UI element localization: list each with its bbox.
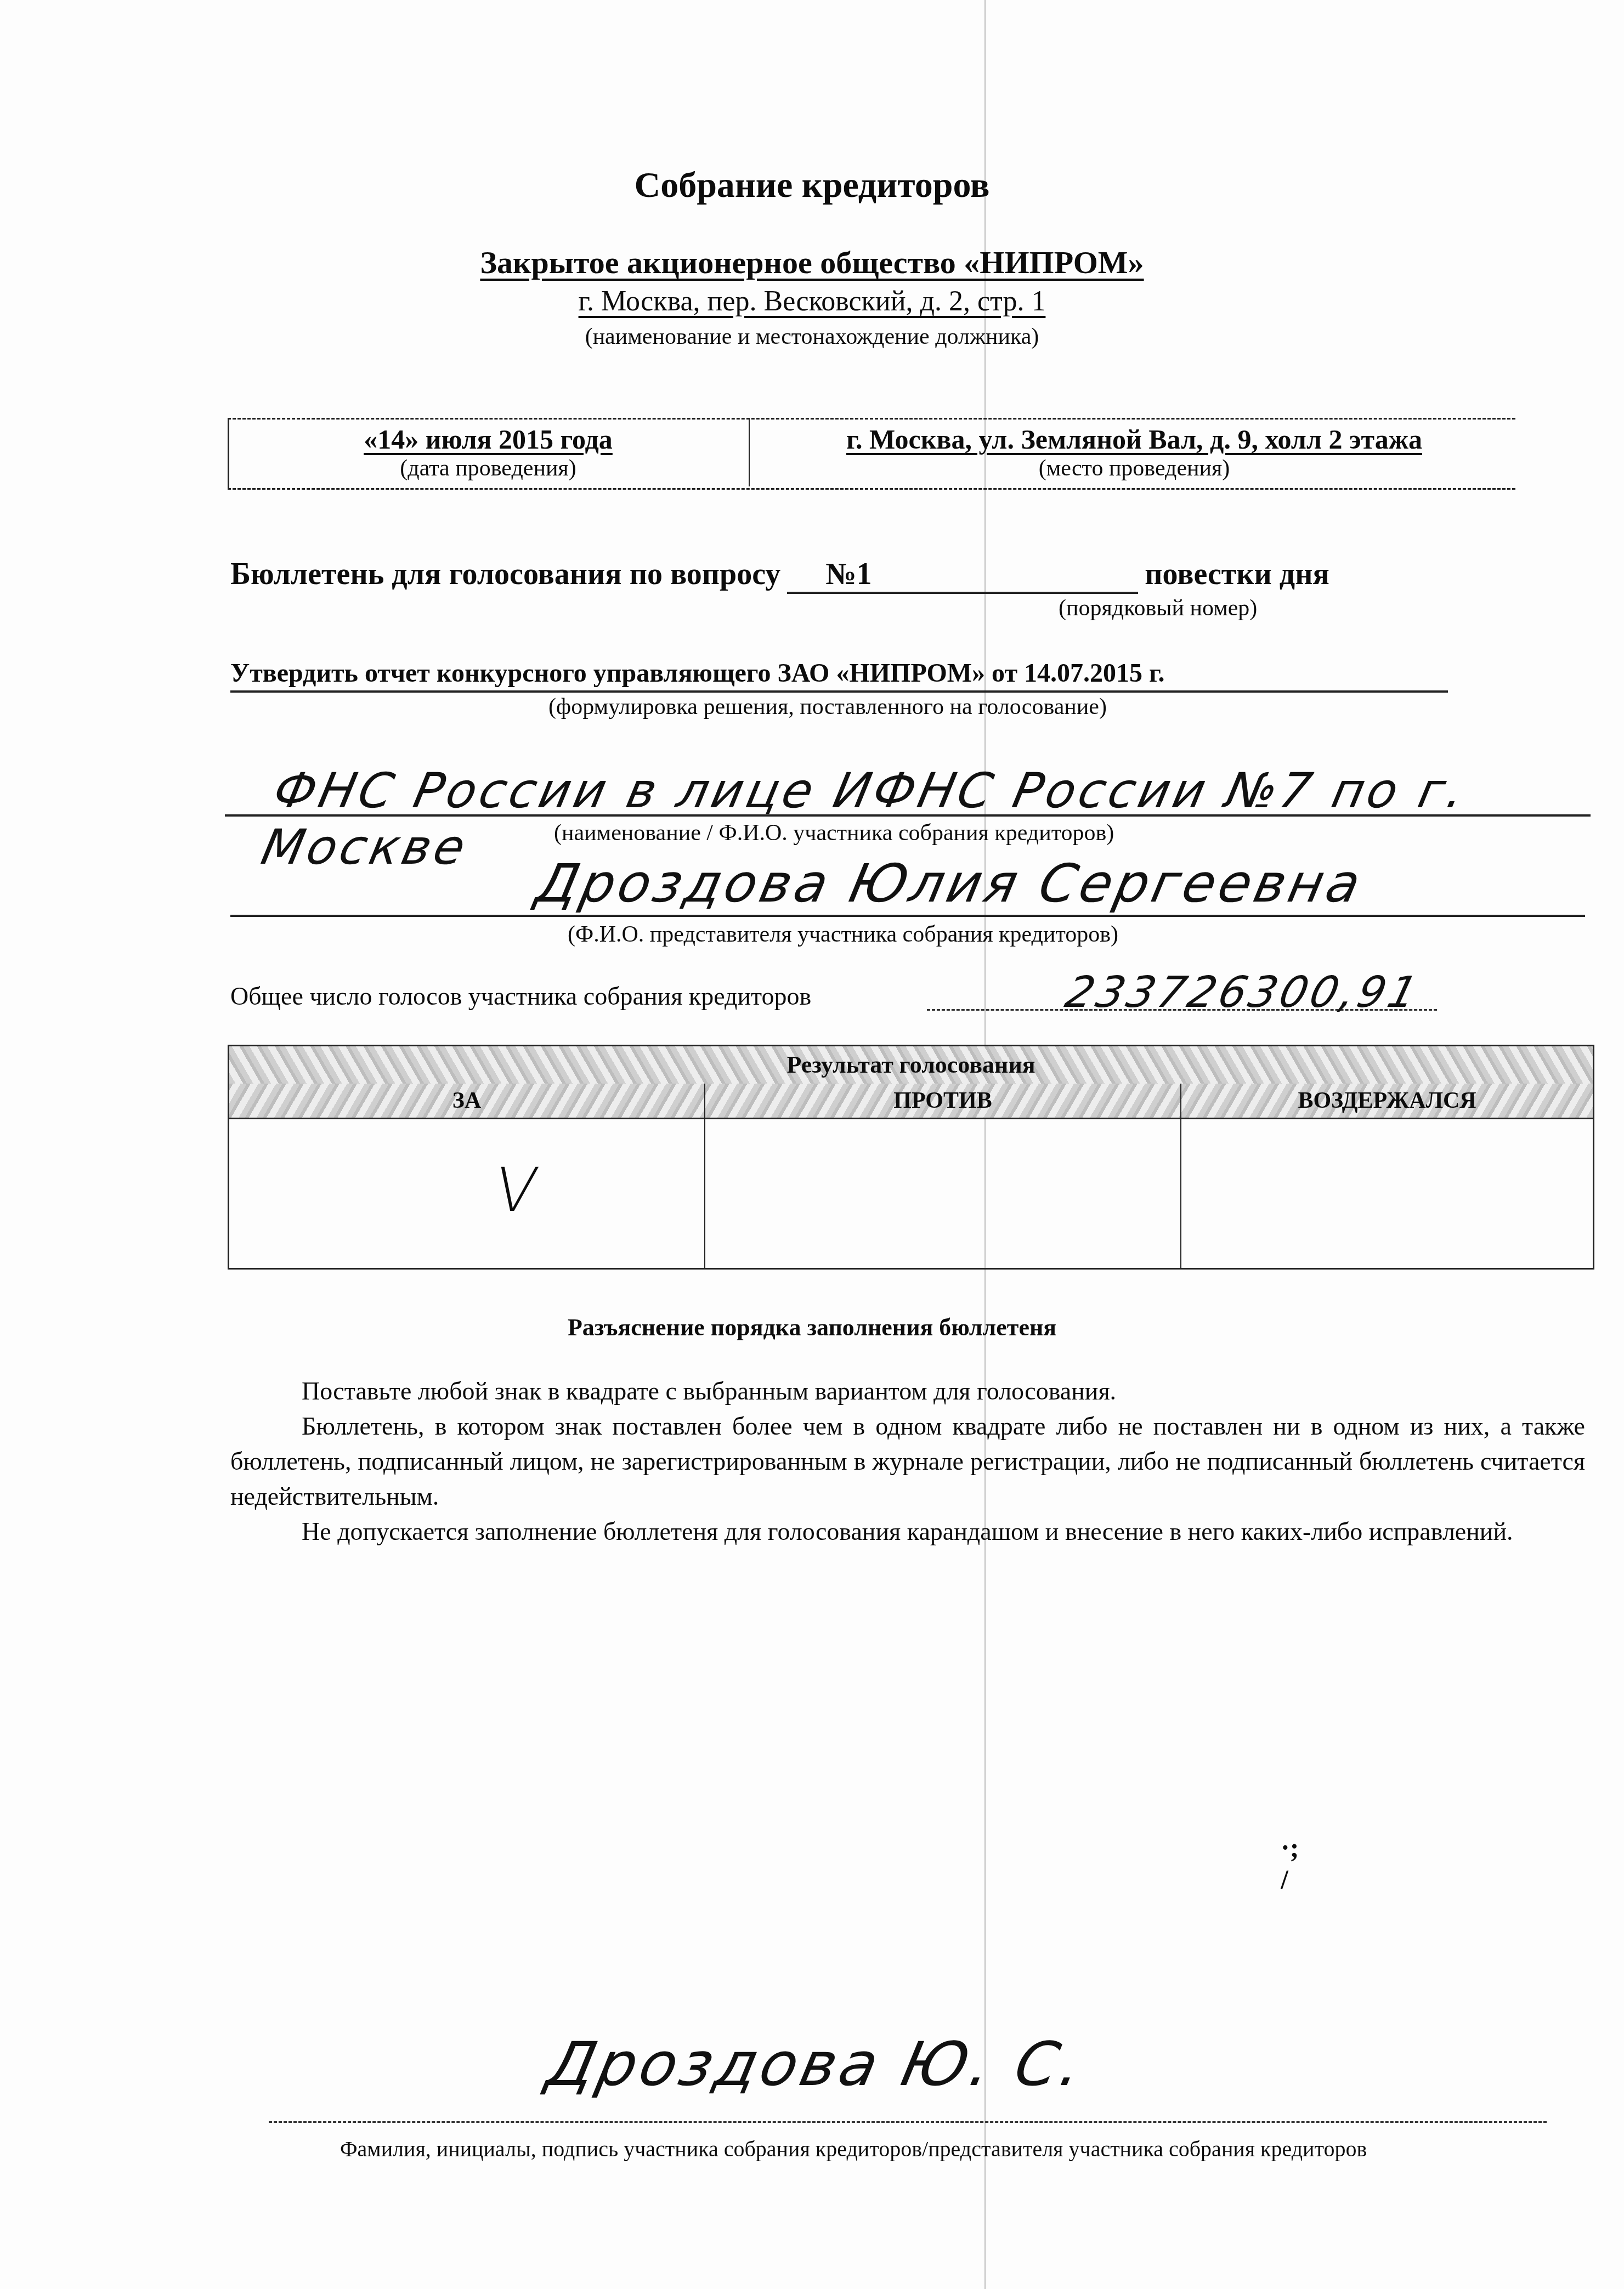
representative-field-line xyxy=(230,915,1585,917)
debtor-address: г. Москва, пер. Весковский, д. 2, стр. 1 xyxy=(0,285,1624,318)
column-for: ЗА xyxy=(229,1084,705,1118)
vote-box-against[interactable] xyxy=(705,1119,1181,1268)
representative-caption: (Ф.И.О. представителя участника собрания… xyxy=(568,921,1118,948)
meeting-date-cell: «14» июля 2015 года (дата проведения) xyxy=(228,423,749,481)
meeting-place: г. Москва, ул. Земляной Вал, д. 9, холл … xyxy=(750,423,1518,455)
representative-handwritten-name[interactable]: Дроздова Юлия Сергеевна xyxy=(531,853,1369,914)
document-title: Собрание кредиторов xyxy=(0,165,1624,206)
meeting-place-cell: г. Москва, ул. Земляной Вал, д. 9, холл … xyxy=(750,423,1518,481)
stray-pen-marks: ·; / xyxy=(1281,1832,1299,1895)
decision-text: Утвердить отчет конкурсного управляющего… xyxy=(230,658,1448,693)
votes-handwritten-value[interactable]: 233726300,91 xyxy=(1061,968,1425,1017)
voting-results-header: Результат голосования xyxy=(229,1046,1593,1085)
meeting-place-caption: (место проведения) xyxy=(750,455,1518,481)
meeting-info-divider xyxy=(749,418,750,486)
meeting-date: «14» июля 2015 года xyxy=(228,423,749,455)
vote-box-for[interactable]: V xyxy=(229,1119,705,1268)
signature-caption: Фамилия, инициалы, подпись участника соб… xyxy=(340,2136,1367,2162)
participant-caption: (наименование / Ф.И.О. участника собрани… xyxy=(554,820,1114,846)
decision-caption: (формулировка решения, поставленного на … xyxy=(548,694,1107,720)
ballot-suffix: повестки дня xyxy=(1145,557,1329,591)
instructions-body: Поставьте любой знак в квадрате с выбран… xyxy=(230,1374,1585,1549)
column-abstain: ВОЗДЕРЖАЛСЯ xyxy=(1181,1084,1593,1118)
instruction-paragraph: Бюллетень, в котором знак поставлен боле… xyxy=(230,1409,1585,1514)
checkmark-icon: V xyxy=(489,1155,543,1225)
voting-results-columns: ЗА ПРОТИВ ВОЗДЕРЖАЛСЯ xyxy=(229,1084,1593,1119)
instruction-paragraph: Поставьте любой знак в квадрате с выбран… xyxy=(230,1374,1585,1409)
question-number-field[interactable]: №1 xyxy=(787,557,1138,594)
voting-results-body: V xyxy=(229,1119,1593,1268)
debtor-caption: (наименование и местонахождение должника… xyxy=(0,324,1624,350)
instruction-paragraph: Не допускается заполнение бюллетеня для … xyxy=(230,1514,1585,1549)
voting-results-table: Результат голосования ЗА ПРОТИВ ВОЗДЕРЖА… xyxy=(228,1045,1594,1270)
instructions-title: Разъяснение порядка заполнения бюллетеня xyxy=(0,1313,1624,1341)
column-against: ПРОТИВ xyxy=(705,1084,1181,1118)
ballot-heading: Бюллетень для голосования по вопросу№1по… xyxy=(230,557,1329,594)
signature-handwritten[interactable]: Дроздова Ю. С. xyxy=(541,2029,1091,2099)
ballot-prefix: Бюллетень для голосования по вопросу xyxy=(230,557,780,591)
vote-box-abstain[interactable] xyxy=(1181,1119,1593,1268)
meeting-date-caption: (дата проведения) xyxy=(228,455,749,481)
question-number-caption: (порядковый номер) xyxy=(1059,595,1257,621)
votes-label: Общее число голосов участника собрания к… xyxy=(230,982,811,1011)
debtor-name: Закрытое акционерное общество «НИПРОМ» xyxy=(0,244,1624,281)
signature-line xyxy=(269,2121,1547,2123)
